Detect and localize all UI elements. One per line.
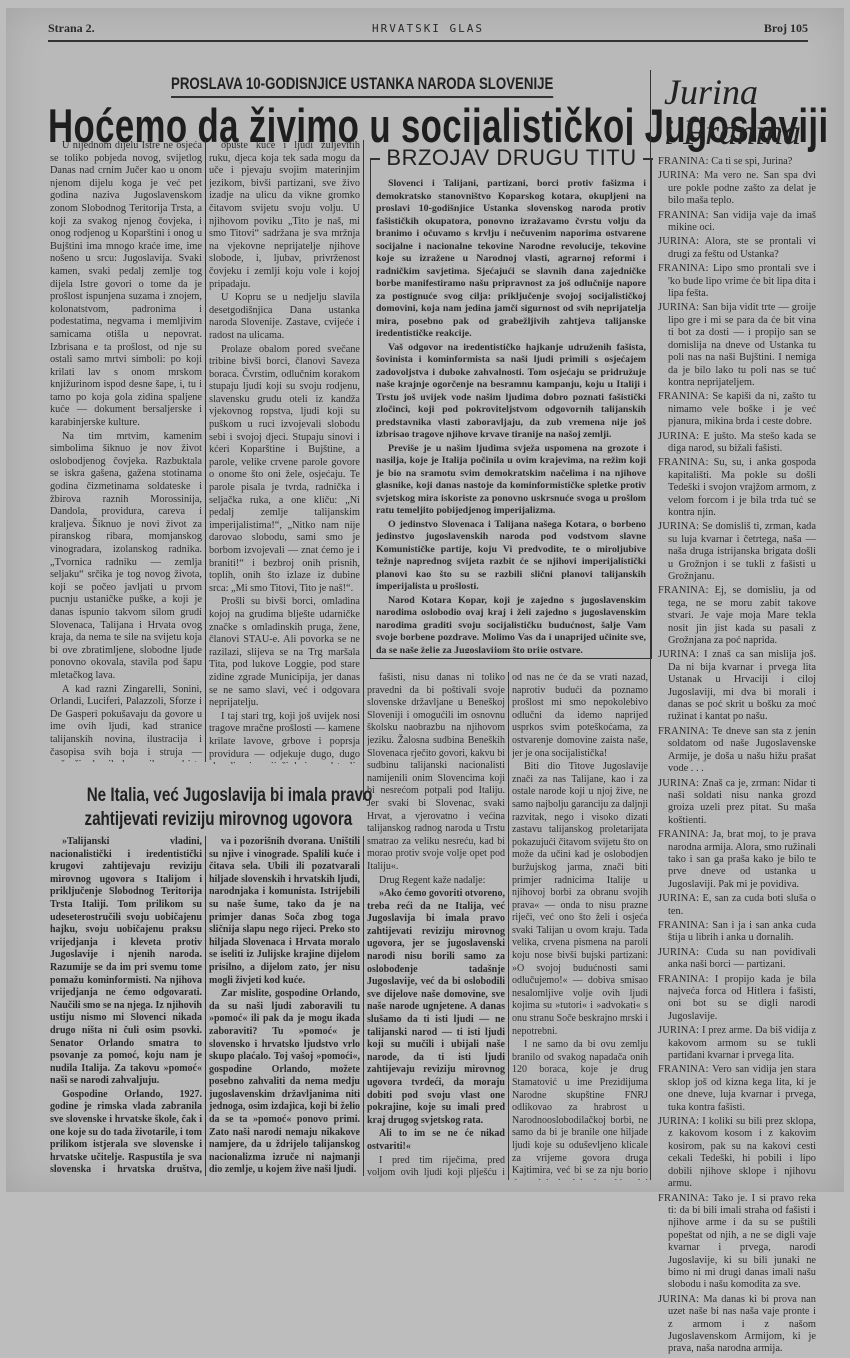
speaker-name: JURINA: bbox=[658, 778, 699, 789]
paragraph: Prolaze obalom pored svečane tribine biv… bbox=[209, 344, 360, 596]
speaker-name: FRANINA: bbox=[658, 1064, 709, 1075]
speaker-name: FRANINA: bbox=[658, 1193, 709, 1201]
paragraph: Drug Regent kaže nadalje: bbox=[367, 875, 505, 888]
speaker-name: JURINA: bbox=[658, 893, 699, 904]
speaker-name: FRANINA: bbox=[658, 457, 709, 468]
column-divider bbox=[205, 836, 206, 1176]
dialogue-line: FRANINA: Ca ti se spi, Jurina? bbox=[658, 156, 816, 168]
issue-number: Broj 105 bbox=[764, 21, 808, 36]
column-title: Jurina i Franina bbox=[664, 72, 801, 152]
paragraph: U Kopru se u nedjelju slavila desetgodiš… bbox=[209, 292, 360, 342]
dialogue-line: FRANINA: Se kapiši da ni, zašto tu nimam… bbox=[658, 391, 816, 428]
speaker-name: FRANINA: bbox=[658, 156, 709, 167]
speaker-name: FRANINA: bbox=[658, 829, 709, 840]
column-divider bbox=[508, 672, 509, 1180]
main-article-column-1: U nijednom dijelu Istre ne osjeća se tol… bbox=[50, 140, 202, 762]
paragraph: opuste kuće i ljudi žuljevitih ruku, dje… bbox=[209, 140, 360, 291]
dialogue-text: San bija vidit trte — groije lipo gre i … bbox=[668, 302, 816, 387]
paragraph: I pred tim riječima, pred voljom ovih lj… bbox=[367, 1155, 505, 1180]
dialogue-line: JURINA: I koliki su bili prez sklopa, z … bbox=[658, 1116, 816, 1190]
paragraph: Ali to im se ne će nikad ostvariti!« bbox=[367, 1128, 505, 1153]
paragraph: od nas ne će da se vrati nazad, naprotiv… bbox=[512, 672, 648, 760]
column-divider bbox=[205, 140, 206, 762]
paragraph: va i pozorišnih dvorana. Uništili su nji… bbox=[209, 836, 360, 987]
speaker-name: JURINA: bbox=[658, 431, 699, 442]
paragraph: Slovenci i Talijani, partizani, borci pr… bbox=[376, 178, 646, 341]
second-article-column-1: »Talijanski vladini, nacionalistički i i… bbox=[50, 836, 202, 1176]
dialogue-line: FRANINA: San i ja i san anka cuda štija … bbox=[658, 920, 816, 945]
paragraph: O jedinstvo Slovenaca i Talijana našega … bbox=[376, 519, 646, 594]
second-headline-line2: zahtijevati reviziju mirovnog ugovora bbox=[84, 808, 352, 832]
paragraph: Zar mislite, gospodine Orlando, da su na… bbox=[209, 988, 360, 1176]
paragraph: Na tim mrtvim, kamenim simbolima šiknuo … bbox=[50, 431, 202, 683]
speaker-name: JURINA: bbox=[658, 1116, 699, 1127]
dialogue-line: JURINA: E jušto. Ma stešo kada se diga n… bbox=[658, 431, 816, 456]
column-divider bbox=[363, 836, 364, 1176]
speaker-name: JURINA: bbox=[658, 947, 699, 958]
telegram-body: Slovenci i Talijani, partizani, borci pr… bbox=[376, 178, 646, 653]
paragraph: fašisti, nisu danas ni toliko pravedni d… bbox=[367, 672, 505, 874]
column-title-line1: Jurina bbox=[664, 72, 801, 112]
dialogue-line: JURINA: Se domisliš ti, zrman, kada su l… bbox=[658, 521, 816, 583]
second-headline-line1: Ne Italia, već Jugoslavija bi imala prav… bbox=[87, 784, 373, 808]
dialogue-line: JURINA: I znaš ca san mislija još. Da ni… bbox=[658, 649, 816, 723]
dialogue-line: JURINA: Ma vero ne. San spa dvi ure pokl… bbox=[658, 170, 816, 207]
dialogue-line: JURINA: San bija vidit trte — groije lip… bbox=[658, 302, 816, 389]
speaker-name: FRANINA: bbox=[658, 585, 709, 596]
speaker-name: JURINA: bbox=[658, 170, 699, 181]
paragraph: Gospodine Orlando, 1927. godine je rimsk… bbox=[50, 1089, 202, 1176]
speaker-name: JURINA: bbox=[658, 521, 699, 532]
dialogue-text: Ca ti se spi, Jurina? bbox=[711, 156, 792, 167]
speaker-name: FRANINA: bbox=[658, 263, 709, 274]
speaker-name: FRANINA: bbox=[658, 210, 709, 221]
dialogue-line: FRANINA: Te dneve san sta z jenin soldat… bbox=[658, 726, 816, 776]
paragraph: A kad razni Zingarelli, Sonini, Orlandi,… bbox=[50, 684, 202, 762]
dialogue-line: JURINA: Alora, ste se prontali vi drugi … bbox=[658, 236, 816, 261]
column-divider bbox=[363, 140, 364, 800]
paragraph: I taj stari trg, koji još uvijek nosi tr… bbox=[209, 711, 360, 764]
paragraph: Vaš odgovor na iredentističko hajkanje u… bbox=[376, 342, 646, 442]
second-article-headline: Ne Italia, već Jugoslavija bi imala prav… bbox=[51, 784, 371, 832]
paragraph: »Talijanski vladini, nacionalistički i i… bbox=[50, 836, 202, 1088]
dialogue-line: JURINA: Cuda su nan povidivali anka naši… bbox=[658, 947, 816, 972]
dialogue-line: JURINA: Znaš ca je, zrman: Nidar ti naši… bbox=[658, 778, 816, 828]
speaker-name: JURINA: bbox=[658, 649, 699, 660]
speaker-name: FRANINA: bbox=[658, 974, 709, 985]
dialogue-line: FRANINA: Ja, brat moj, to je prava narod… bbox=[658, 829, 816, 891]
dialogue-line: FRANINA: San vidija vaje da imaš mikine … bbox=[658, 210, 816, 235]
dialogue-line: FRANINA: Lipo smo prontali sve i 'ko bud… bbox=[658, 263, 816, 300]
dialogue-line: JURINA: I prez arme. Da biš vidija z kak… bbox=[658, 1025, 816, 1062]
second-article-column-4: od nas ne će da se vrati nazad, naprotiv… bbox=[512, 672, 648, 1180]
newspaper-page: Strana 2. HRVATSKI GLAS Broj 105 PROSLAV… bbox=[6, 8, 844, 1192]
speaker-name: FRANINA: bbox=[658, 391, 709, 402]
paragraph: Prošli su bivši borci, omladina kojoj na… bbox=[209, 596, 360, 709]
newspaper-name: HRVATSKI GLAS bbox=[48, 22, 808, 35]
article-kicker: PROSLAVA 10-GODISNJICE USTANKA NARODA SL… bbox=[171, 74, 553, 98]
speaker-name: JURINA: bbox=[658, 302, 699, 313]
dialogue-line: FRANINA: I propijo kada je bila najveća … bbox=[658, 974, 816, 1024]
second-article-column-2: va i pozorišnih dvorana. Uništili su nji… bbox=[209, 836, 360, 1176]
speaker-name: JURINA: bbox=[658, 236, 699, 247]
jurina-franina-dialogue: FRANINA: Ca ti se spi, Jurina? JURINA: M… bbox=[658, 156, 816, 1200]
speaker-name: FRANINA: bbox=[658, 920, 709, 931]
dialogue-line: FRANINA: Su, su, i anka gospoda kapitali… bbox=[658, 457, 816, 519]
speaker-name: FRANINA: bbox=[658, 726, 709, 737]
running-header: Strana 2. HRVATSKI GLAS Broj 105 bbox=[48, 18, 808, 42]
paragraph: Previše je u našim ljudima svježa uspome… bbox=[376, 443, 646, 518]
dialogue-line: FRANINA: Ej, se domisliu, ja od tega, ne… bbox=[658, 585, 816, 647]
dialogue-line: FRANINA: Tako je. I si pravo reka ti: da… bbox=[658, 1193, 816, 1201]
speaker-name: JURINA: bbox=[658, 1025, 699, 1036]
dialogue-line: FRANINA: Vero san vidija jen stara sklop… bbox=[658, 1064, 816, 1114]
column-title-line2: i Franina bbox=[664, 112, 801, 152]
paragraph: Biti dio Titove Jugoslavije znači za nas… bbox=[512, 761, 648, 1038]
paragraph: U nijednom dijelu Istre ne osjeća se tol… bbox=[50, 140, 202, 430]
dialogue-line: JURINA: E, san za cuda boti sluša o ten. bbox=[658, 893, 816, 918]
second-article-column-3: fašisti, nisu danas ni toliko pravedni d… bbox=[367, 672, 505, 1180]
paragraph: Narod Kotara Kopar, koji je zajedno s ju… bbox=[376, 595, 646, 654]
paragraph: I ne samo da bi ovu zemlju branilo od sv… bbox=[512, 1039, 648, 1180]
main-article-column-2: opuste kuće i ljudi žuljevitih ruku, dje… bbox=[209, 140, 360, 764]
paragraph: »Ako ćemo govoriti otvoreno, treba reći … bbox=[367, 888, 505, 1127]
